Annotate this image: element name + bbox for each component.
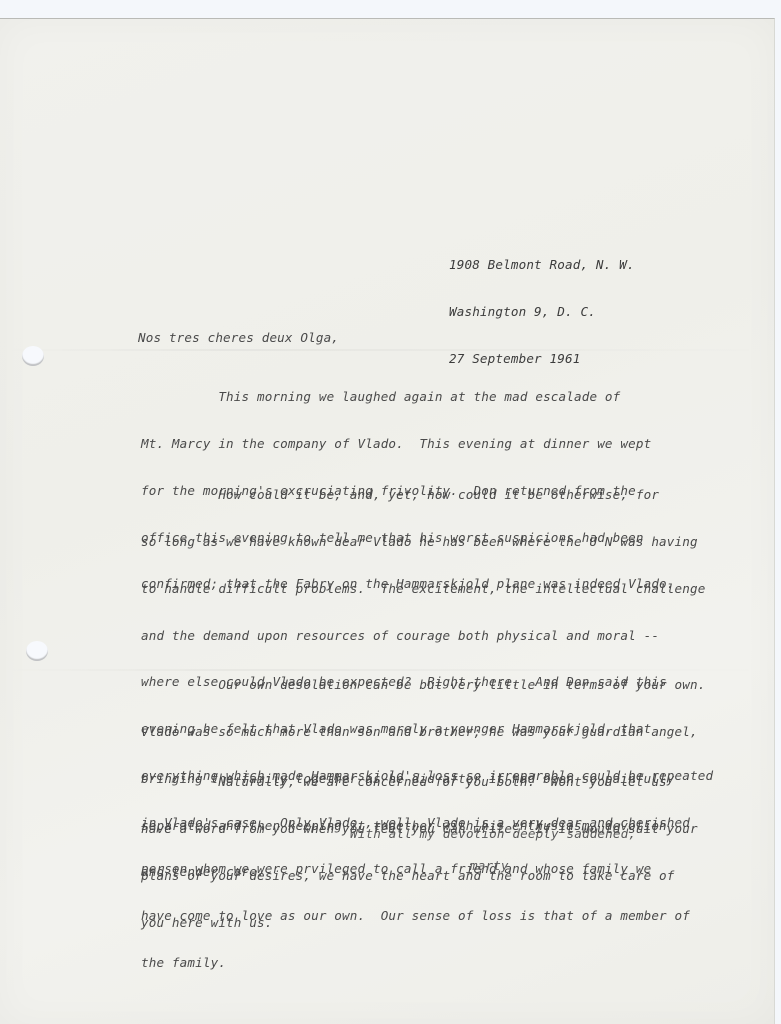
paragraph-4: Naturally, we are concerned for you both… [141, 743, 698, 946]
address-line: Washington 9, D. C. [449, 304, 635, 320]
text-line: the family. [141, 955, 713, 971]
closing-line: With all my devotion deeply saddened, [350, 826, 636, 842]
text-line: This morning we laughed again at the mad… [141, 389, 675, 405]
hole-punch-icon [26, 641, 48, 661]
text-line: Mt. Marcy in the company of Vlado. This … [141, 436, 675, 452]
text-line: plans or your desires, we have the heart… [141, 868, 698, 884]
text-line: you here with us. [141, 915, 698, 931]
text-line: Our own desolation can be but very littl… [141, 677, 705, 693]
salutation: Nos tres cheres deux Olga, [138, 330, 339, 346]
text-line: Naturally, we are concerned for you both… [141, 774, 698, 790]
hole-punch-icon [22, 346, 44, 366]
paper-fold-line [0, 349, 774, 351]
text-line: so long as we have known dear Vlado he h… [141, 534, 713, 550]
text-line: and the demand upon resources of courage… [141, 628, 713, 644]
signature: marty [470, 858, 509, 874]
text-line: to handle difficult problems. The excite… [141, 581, 713, 597]
address-line: 1908 Belmont Road, N. W. [449, 257, 635, 273]
text-line: How could it be, and, yet, how could it … [141, 487, 713, 503]
text-line: Vlado was so much more than son and brot… [141, 724, 705, 740]
